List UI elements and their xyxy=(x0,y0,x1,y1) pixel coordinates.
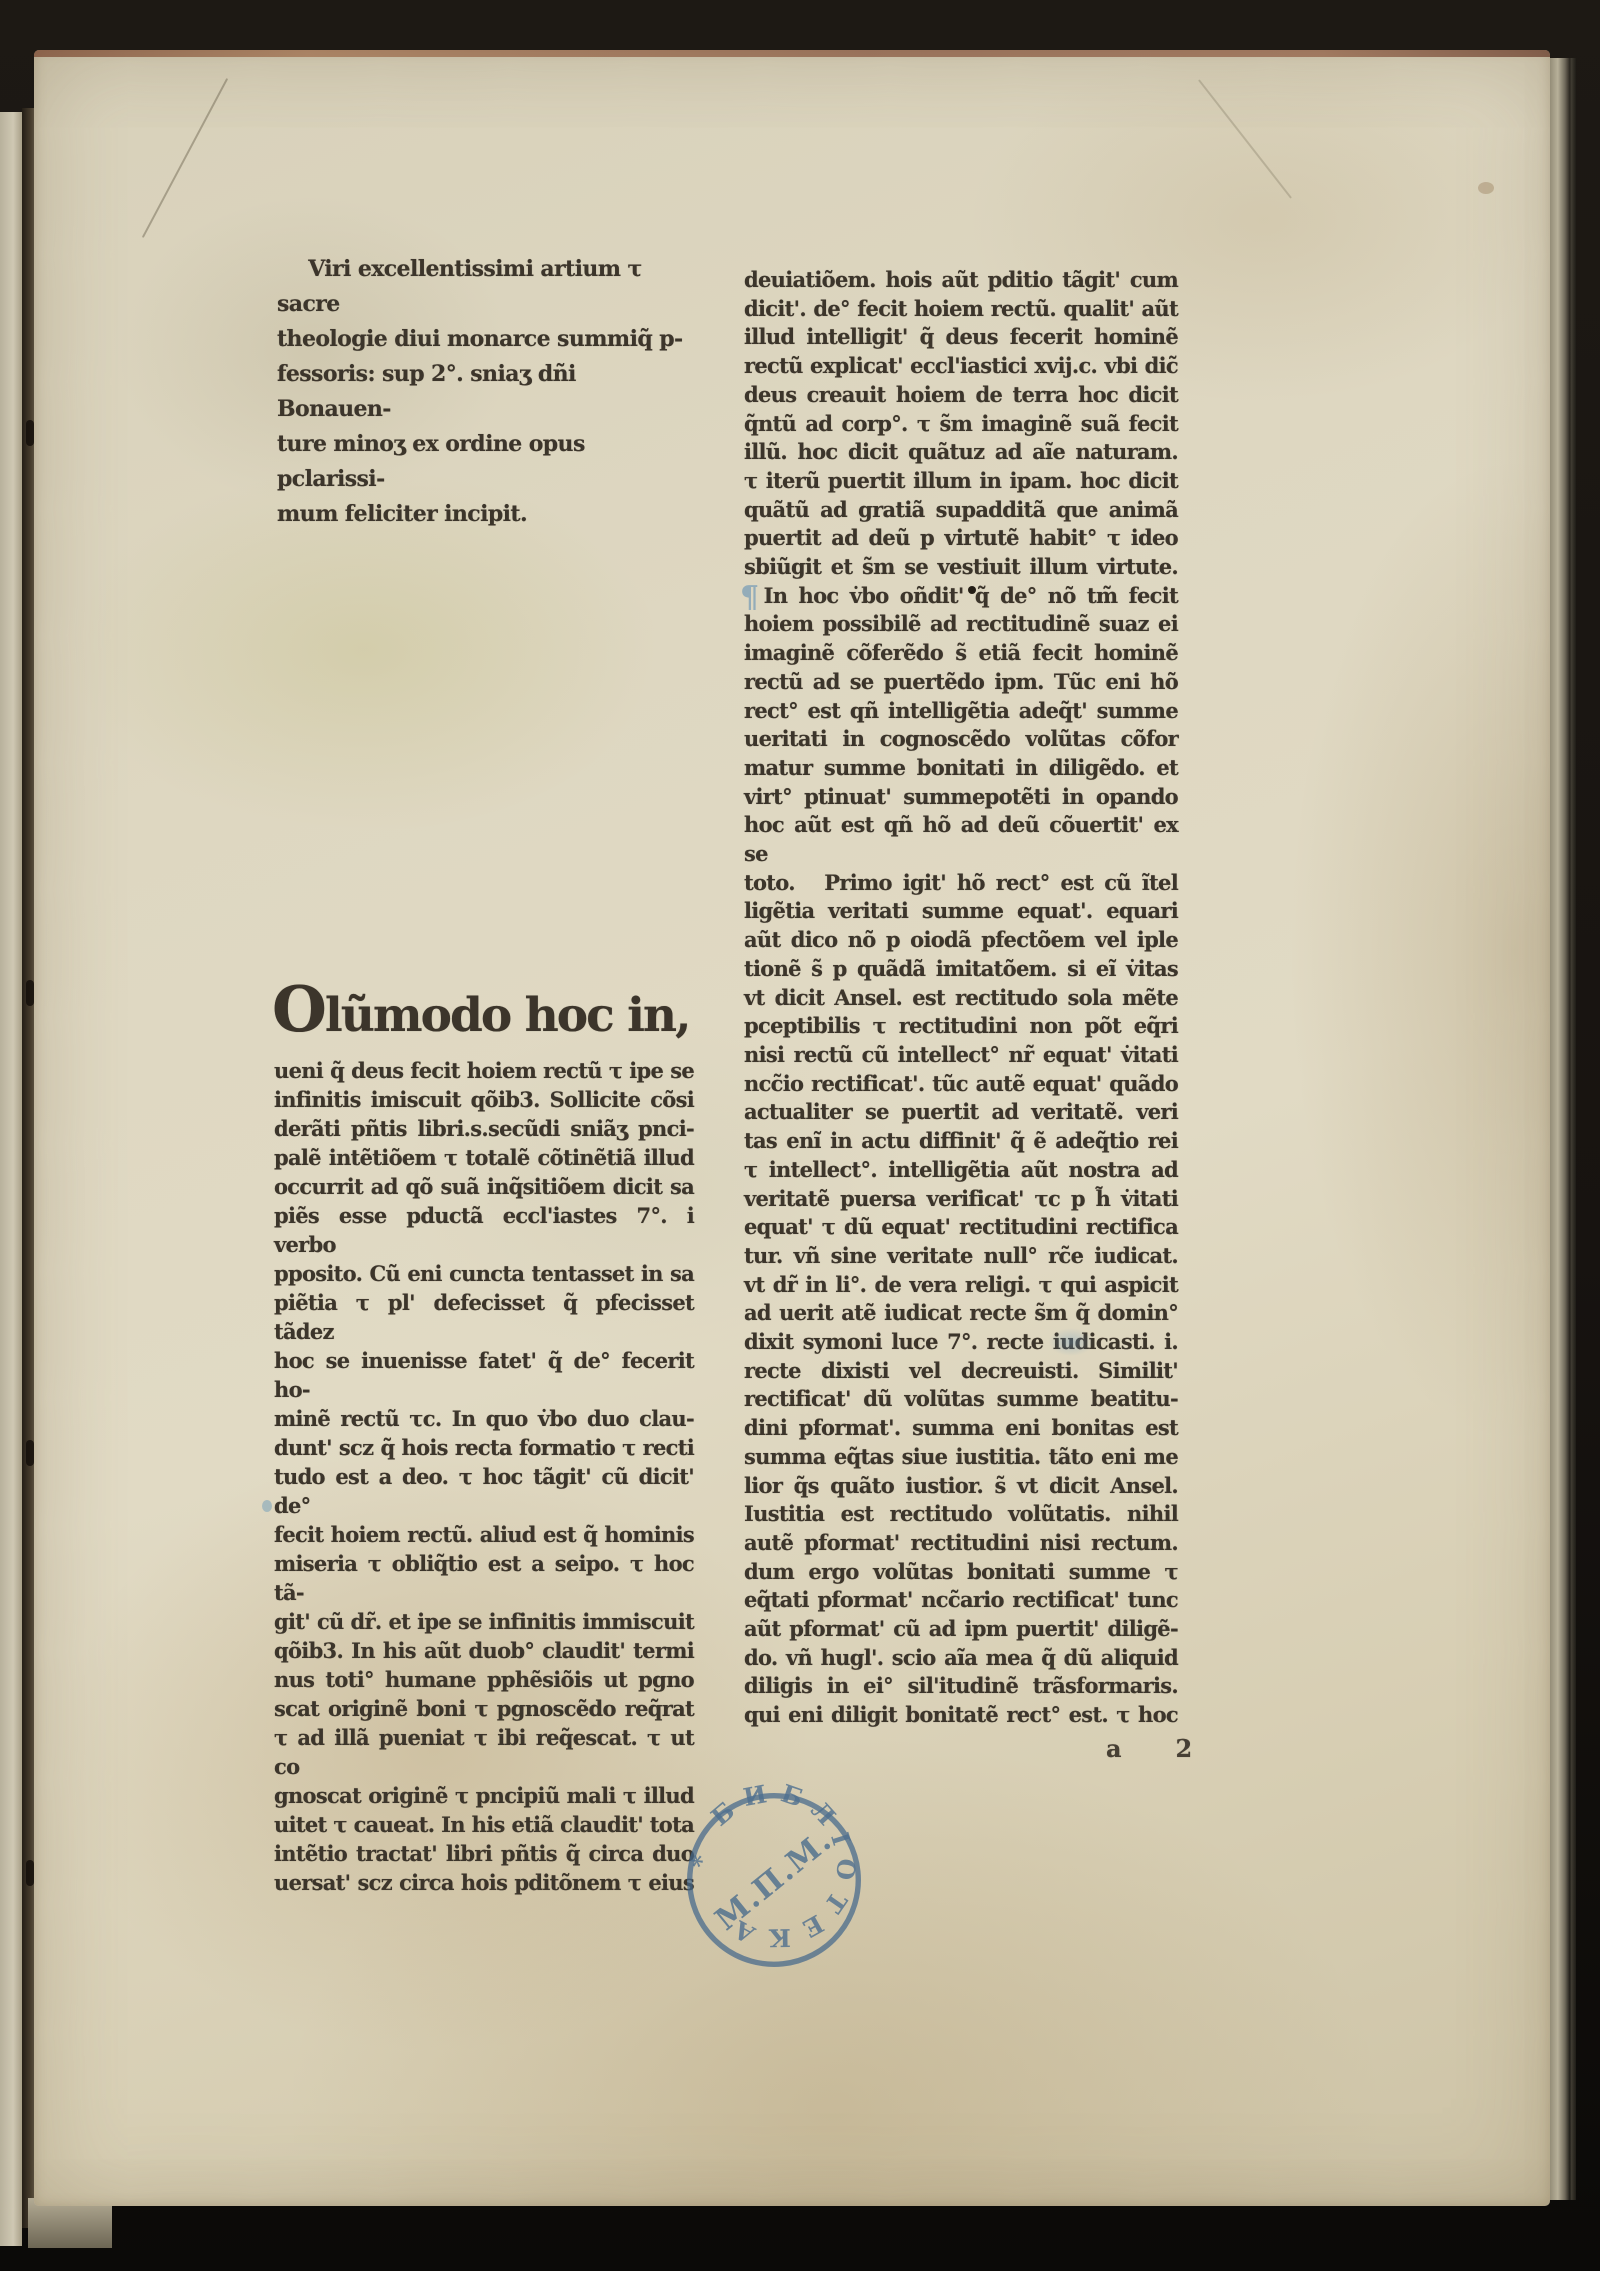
paper-crease xyxy=(1198,79,1292,198)
facing-leaf-edge xyxy=(0,112,22,2246)
brown-stain-spot xyxy=(1478,182,1494,194)
ink-spot xyxy=(968,586,976,594)
stitch-hole xyxy=(26,980,34,1006)
paper-crease xyxy=(142,78,228,238)
incipit-text: Viri excellentissimi artium τ sacre theo… xyxy=(277,252,691,532)
stitch-hole xyxy=(26,1860,34,1886)
quire-signature: a 2 xyxy=(1106,1734,1194,1763)
stitch-hole xyxy=(26,1440,34,1466)
right-column-text: deuiatiõem. hois aũt pditio tãgit' cum d… xyxy=(744,266,1178,1730)
heading-text: lũmodo hoc in, xyxy=(325,988,690,1043)
library-stamp: * БИБЛІОТЕКА М.П.М. xyxy=(666,1772,881,1987)
blue-paragraph-mark: ¶ xyxy=(740,580,759,615)
photograph-of-book-page: { "page": { "incipit_lines": [ "\u2002\u… xyxy=(0,0,1600,2271)
blue-ink-speck xyxy=(262,1500,272,1512)
left-column-text: ueni q̃ deus fecit hoiem rectũ τ ipe se … xyxy=(274,1056,694,1897)
stitch-hole xyxy=(26,420,34,446)
faded-paragraph-mark xyxy=(1048,1328,1094,1356)
heading-initial-letter: O xyxy=(272,972,325,1046)
page-stack-fore-edge xyxy=(1550,58,1576,2200)
chapter-heading: Olũmodo hoc in, xyxy=(272,978,702,1041)
